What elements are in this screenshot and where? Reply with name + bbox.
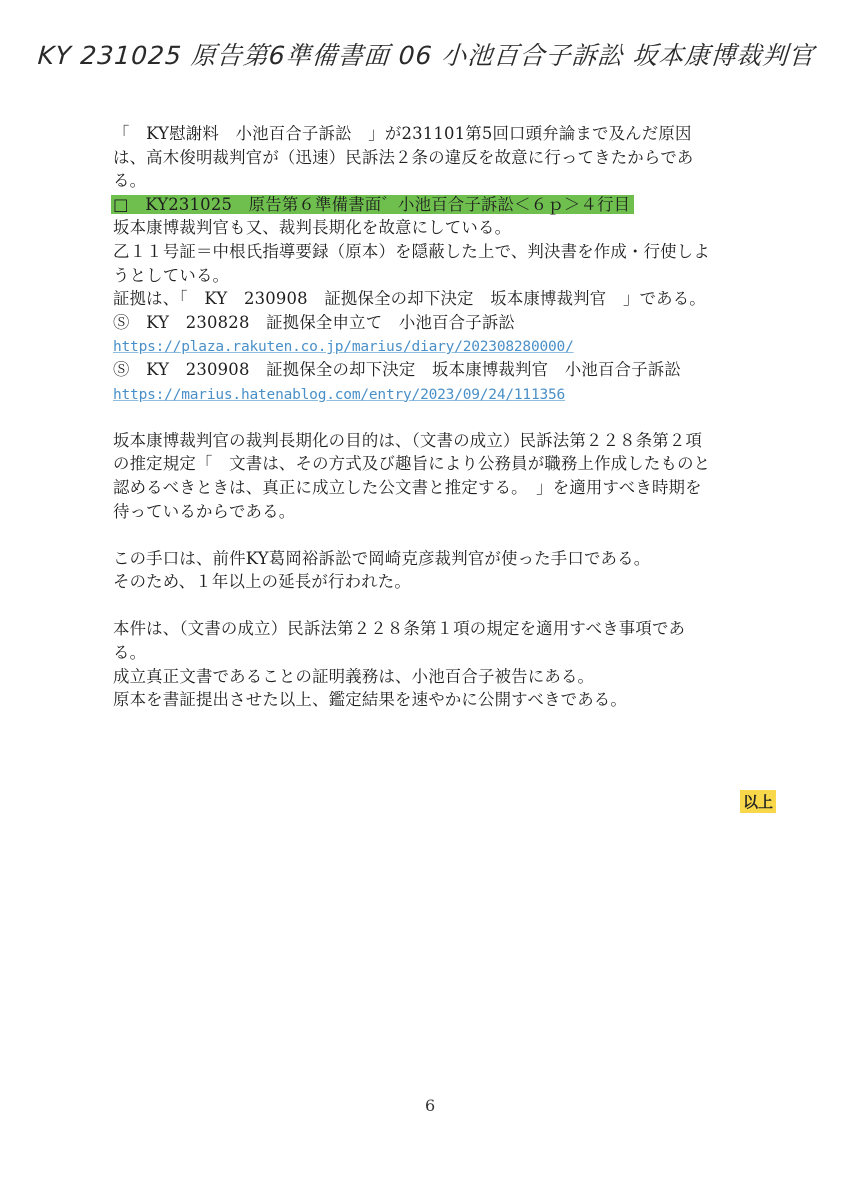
link-hatenablog-entry[interactable]: https://marius.hatenablog.com/entry/2023… (113, 387, 565, 403)
text-line: そのため、１年以上の延長が行われた。 (113, 570, 753, 594)
text-line: は、高木俊明裁判官が（迅速）民訴法２条の違反を故意に行ってきたからであ (113, 146, 753, 170)
text-line: る。 (113, 641, 753, 665)
text-line: 坂本康博裁判官も又、裁判長期化を故意にしている。 (113, 216, 753, 240)
text-line: この手口は、前件KY葛岡裕訴訟で岡崎克彦裁判官が使った手口である。 (113, 547, 753, 571)
page-number: 6 (425, 1096, 435, 1115)
text-line: 認めるべきときは、真正に成立した公文書と推定する。 」を適用すべき時期を (113, 476, 753, 500)
text-line: る。 (113, 169, 753, 193)
link-rakuten-diary[interactable]: https://plaza.rakuten.co.jp/marius/diary… (113, 339, 574, 355)
text-line: Ⓢ KY 230828 証拠保全申立て 小池百合子訴訟 (113, 311, 753, 335)
text-line: 本件は、（文書の成立）民訴法第２２８条第１項の規定を適用すべき事項であ (113, 617, 753, 641)
text-line: 乙１１号証＝中根氏指導要録（原本）を隠蔽した上で、判決書を作成・行使しよ (113, 240, 753, 264)
text-line: 原本を書証提出させた以上、鑑定結果を速やかに公開すべきである。 (113, 688, 753, 712)
highlighted-reference: □ KY231025 原告第６準備書面゛小池百合子訴訟＜６ｐ＞４行目 (111, 195, 634, 214)
text-line: 待っているからである。 (113, 500, 753, 524)
text-line: 「 KY慰謝料 小池百合子訴訟 」が231101第5回口頭弁論まで及んだ原因 (113, 122, 753, 146)
text-line: Ⓢ KY 230908 証拠保全の却下決定 坂本康博裁判官 小池百合子訴訟 (113, 358, 753, 382)
handwritten-header: KY 231025 原告第6準備書面 06 小池百合子訴訟 坂本康博裁判官 (37, 36, 820, 72)
text-line: うとしている。 (113, 264, 753, 288)
closing-mark: 以上 (740, 790, 776, 813)
text-line: 証拠は、「 KY 230908 証拠保全の却下決定 坂本康博裁判官 」である。 (113, 287, 753, 311)
text-line: の推定規定「 文書は、その方式及び趣旨により公務員が職務上作成したものと (113, 452, 753, 476)
text-line: 成立真正文書であることの証明義務は、小池百合子被告にある。 (113, 665, 753, 689)
document-body: 「 KY慰謝料 小池百合子訴訟 」が231101第5回口頭弁論まで及んだ原因 は… (113, 122, 753, 712)
text-line: 坂本康博裁判官の裁判長期化の目的は、（文書の成立）民訴法第２２８条第２項 (113, 429, 753, 453)
